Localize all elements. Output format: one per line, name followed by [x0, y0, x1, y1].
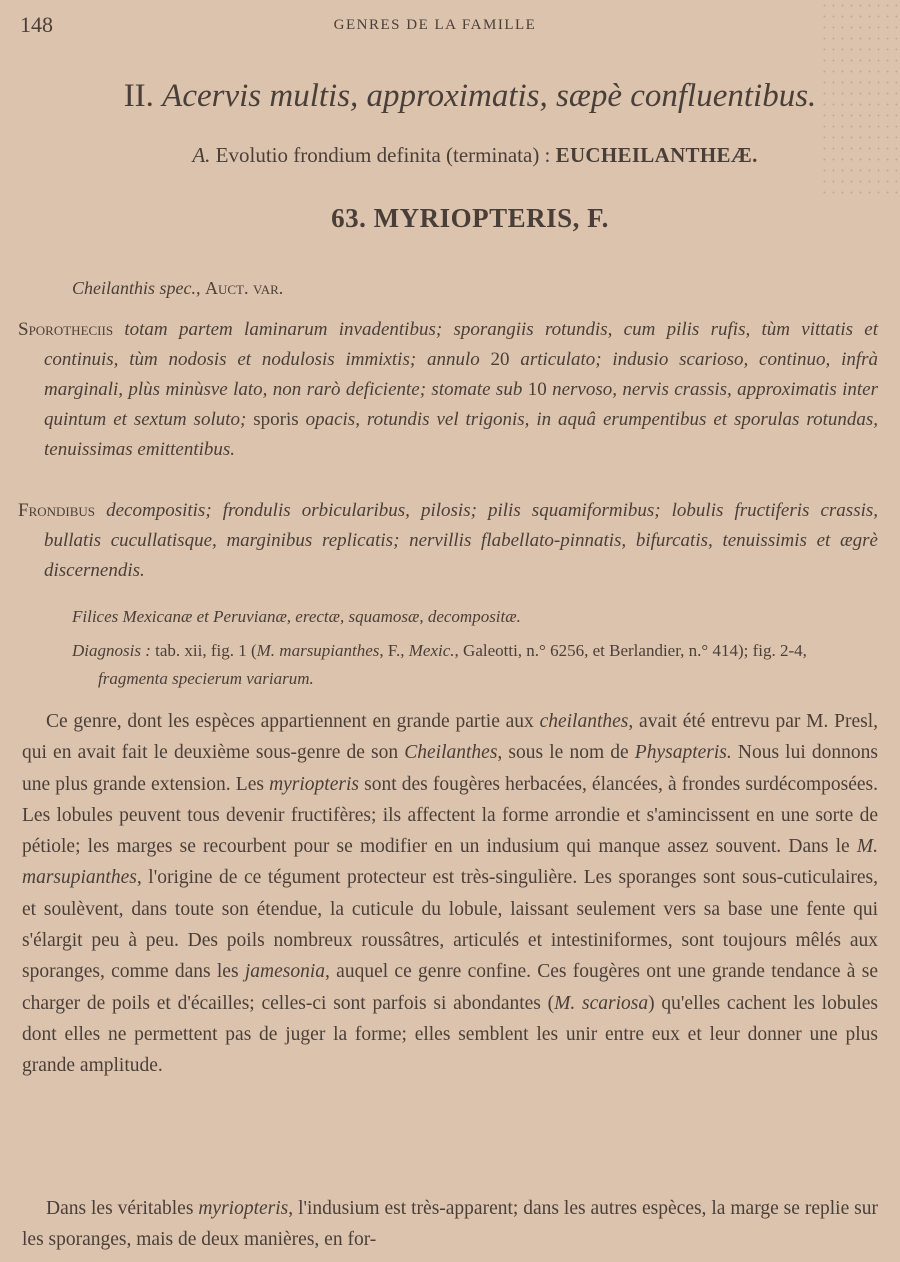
diagnosis-locality: Mexic. [409, 641, 455, 660]
body-p1-run: myriopteris [269, 774, 359, 795]
diagnosis-note: Diagnosis : tab. xii, fig. 1 (M. marsupi… [54, 637, 880, 693]
body-p1-run: Ce genre, dont les espèces appartiennent… [46, 711, 540, 732]
body-paragraph-2: Dans les véritables myriopteris, l'indus… [22, 1193, 878, 1256]
body-p2-run: Dans les véritables [46, 1198, 198, 1219]
subsection-letter: A. [192, 143, 210, 167]
body-p2-run: myriopteris [198, 1198, 288, 1219]
diagnosis-collectors: , Galeotti, n.° 6256, et Berlandier, n.°… [455, 641, 807, 660]
body-paragraph-1: Ce genre, dont les espèces appartiennent… [22, 706, 878, 1082]
body-text: Ce genre, dont les espèces appartiennent… [22, 706, 878, 1082]
genus-heading: 63. MYRIOPTERIS, F. [0, 203, 900, 234]
synonymy-line: Cheilanthis spec., Auct. var. [72, 278, 900, 299]
diagnosis-plate-ref: tab. xii, fig. 1 ( [151, 641, 257, 660]
body-p1-run: Physapteris. [635, 742, 732, 763]
frondibus-paragraph: Frondibus decompositis; frondulis orbicu… [0, 496, 878, 586]
section-heading: II. Acervis multis, approximatis, sæpè c… [0, 78, 900, 115]
sporothecia-paragraph: Sporotheciis totam partem laminarum inva… [0, 315, 878, 465]
body-p1-run: , sous le nom de [497, 742, 634, 763]
diagnosis-paragraph: Diagnosis : tab. xii, fig. 1 (M. marsupi… [54, 637, 880, 693]
body-p1-run: cheilanthes [540, 711, 629, 732]
subsection-heading: A. Evolutio frondium definita (terminata… [0, 143, 900, 168]
sporothecia-run: sporis [253, 409, 305, 430]
body-p1-run: jamesonia [245, 961, 325, 982]
diagnosis-label: Diagnosis : [72, 641, 151, 660]
sporothecia-lead: Sporotheciis [18, 319, 113, 340]
body-p1-run: Cheilanthes [404, 742, 497, 763]
book-page: 148 GENRES DE LA FAMILLE II. Acervis mul… [0, 0, 900, 1262]
running-title: GENRES DE LA FAMILLE [0, 17, 900, 34]
frondibus-description: Frondibus decompositis; frondulis orbicu… [0, 496, 878, 586]
diagnosis-fragments: fragmenta specierum variarum. [98, 669, 314, 688]
section-number: II. [124, 78, 154, 114]
section-title: Acervis multis, approximatis, sæpè confl… [162, 78, 816, 114]
frondibus-text: decompositis; frondulis orbicularibus, p… [44, 500, 878, 581]
tribe-name: EUCHEILANTHEÆ. [556, 143, 758, 167]
body-text-continued: Dans les véritables myriopteris, l'indus… [22, 1193, 878, 1256]
frondibus-lead: Frondibus [18, 500, 95, 521]
diagnosis-author: , F., [379, 641, 408, 660]
body-p1-run: M. scariosa [554, 993, 648, 1014]
sporothecia-description: Sporotheciis totam partem laminarum inva… [0, 315, 878, 465]
sporothecia-text: totam partem laminarum invadentibus; spo… [44, 319, 878, 460]
habitat-note: Filices Mexicanæ et Peruvianæ, erectæ, s… [72, 603, 872, 631]
subsection-text: Evolutio frondium definita (terminata) : [216, 143, 551, 167]
sporothecia-run: 10 [528, 379, 552, 400]
running-header: 148 GENRES DE LA FAMILLE [0, 8, 900, 38]
sporothecia-run: 20 [491, 349, 521, 370]
synonym-authority: Auct. var. [205, 278, 283, 298]
diagnosis-species: M. marsupianthes [257, 641, 380, 660]
synonym-name: Cheilanthis spec., [72, 278, 201, 298]
